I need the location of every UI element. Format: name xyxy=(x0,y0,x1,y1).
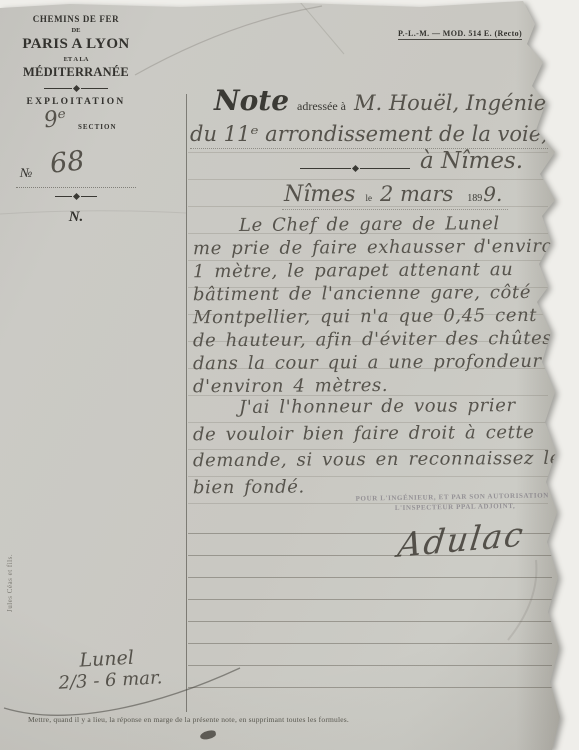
dateline: Nîmesle2 mars1899. xyxy=(282,182,508,210)
note-heading-line3: à Nîmes. xyxy=(420,148,523,174)
section-label: SECTION xyxy=(78,123,117,131)
dateline-date: 2 mars xyxy=(380,182,453,206)
body-line: Montpellier, qui n'a que 0,45 cent xyxy=(193,305,565,331)
dateline-year-printed: 189 xyxy=(467,193,482,204)
service-label: EXPLOITATION xyxy=(16,97,136,107)
body-line: Le Chef de gare de Lunel xyxy=(193,213,565,239)
paper-surface: CHEMINS DE FER DE PARIS A LYON ET A LA M… xyxy=(0,0,579,750)
recipient-handwritten: M. Houël, Ingénieur xyxy=(354,91,570,115)
ink-mark xyxy=(199,729,216,740)
body-paragraph-2: J'ai l'honneur de vous prier de vouloir … xyxy=(193,396,565,502)
numero-row: № 68 xyxy=(16,149,136,188)
company-name-line5: MÉDITERRANÉE xyxy=(16,65,136,80)
dateline-le-label: le xyxy=(365,193,372,203)
numero-value-handwritten: 68 xyxy=(48,145,85,179)
divider-ornament xyxy=(44,86,108,91)
paper-sheet: CHEMINS DE FER DE PARIS A LYON ET A LA M… xyxy=(0,0,579,750)
company-name-line1: CHEMINS DE FER xyxy=(16,14,136,24)
body-line: demande, si vous en reconnaissez le xyxy=(193,448,565,477)
letterhead: CHEMINS DE FER DE PARIS A LYON ET A LA M… xyxy=(16,14,136,226)
body-line: me prie de faire exhausser d'environ xyxy=(193,236,565,262)
margin-annotation: Lunel 2/3 - 6 mar. xyxy=(57,645,163,693)
section-row: 9ᵉ SECTION xyxy=(16,111,136,141)
body-line: de vouloir bien faire droit à cette xyxy=(193,421,565,450)
scanned-document: CHEMINS DE FER DE PARIS A LYON ET A LA M… xyxy=(0,0,579,750)
annotation-line2: 2/3 - 6 mar. xyxy=(58,667,163,693)
margin-rule xyxy=(186,94,187,712)
divider-ornament xyxy=(55,194,97,199)
adressee-label: adressée à xyxy=(297,99,346,113)
note-label: Note xyxy=(214,84,289,117)
company-name-line3: PARIS A LYON xyxy=(16,36,136,53)
body-line: de hauteur, afin d'éviter des chûtes xyxy=(193,328,565,354)
n-label: N. xyxy=(16,209,136,226)
body-paragraph-1: Le Chef de gare de Lunel me prie de fair… xyxy=(193,214,565,398)
body-line: dans la cour qui a une profondeur xyxy=(193,351,565,377)
body-line: J'ai l'honneur de vous prier xyxy=(193,395,565,424)
footer-instruction: Mettre, quand il y a lieu, la réponse en… xyxy=(28,715,428,724)
company-name-line4: ET A LA xyxy=(16,56,136,63)
office-stamp: POUR L'INGÉNIEUR, ET PAR SON AUTORISATIO… xyxy=(350,490,560,514)
note-heading-line1: Note adressée à M. Houël, Ingénieur xyxy=(214,84,570,117)
body-line: 1 mètre, le parapet attenant au xyxy=(193,259,565,285)
dateline-year-digit: 9. xyxy=(483,182,502,206)
body-line: bâtiment de l'ancienne gare, côté xyxy=(193,282,565,308)
section-number-handwritten: 9ᵉ xyxy=(42,106,68,134)
form-model-reference: P.-L.-M. — MOD. 514 E. (Recto) xyxy=(398,29,522,40)
company-name-line2: DE xyxy=(16,27,136,34)
note-heading-line2: du 11ᵉ arrondissement de la voie, xyxy=(190,122,548,149)
divider-ornament xyxy=(300,166,410,171)
numero-label: № xyxy=(20,165,32,181)
dateline-city: Nîmes xyxy=(284,182,355,207)
printer-mark: Jules Céas et fils. xyxy=(6,482,14,612)
